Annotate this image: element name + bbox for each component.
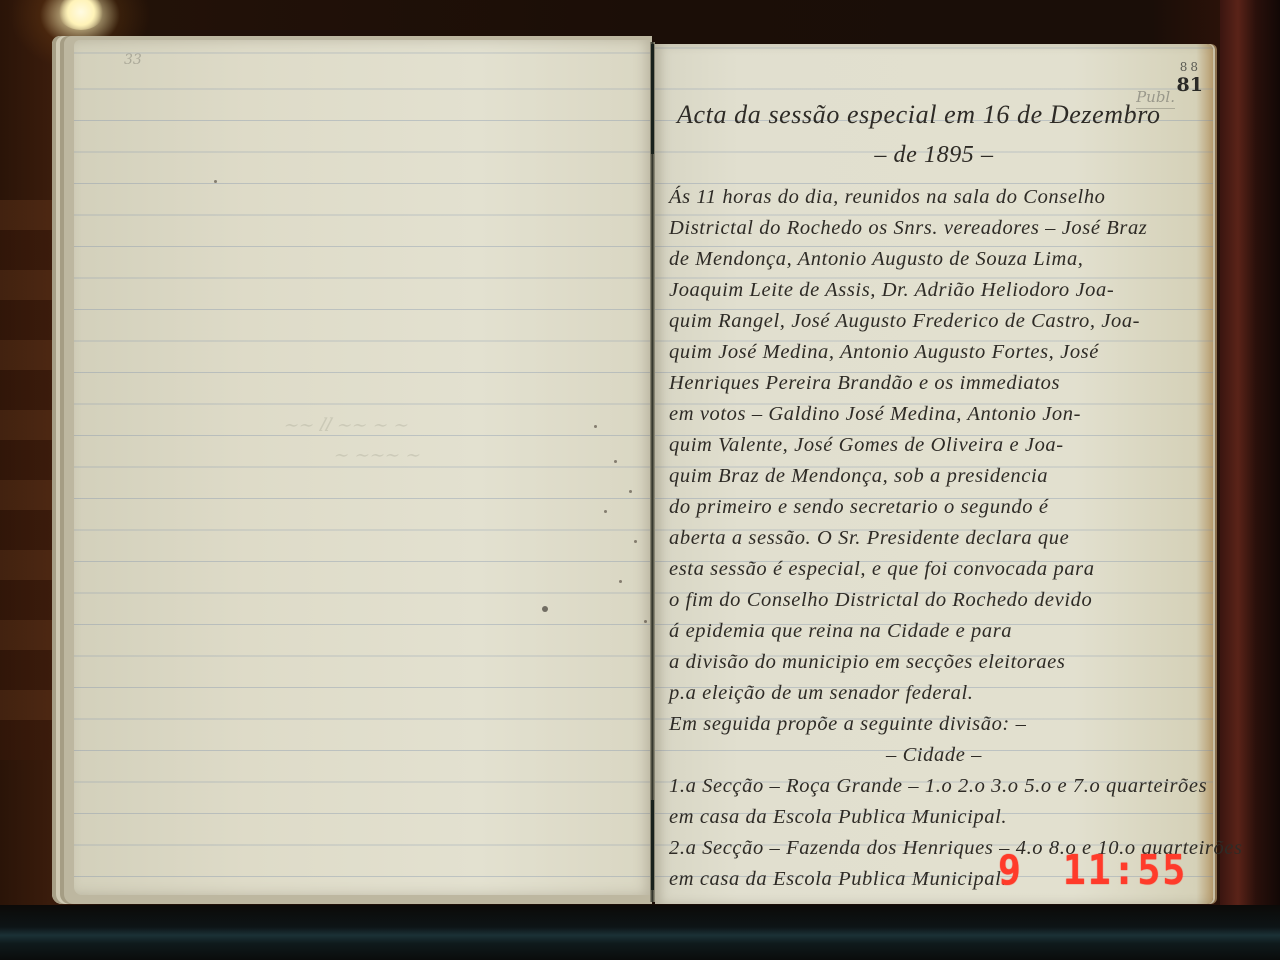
text-line: quim Valente, José Gomes de Oliveira e J… — [669, 434, 1201, 457]
right-page: 88 81 Publ. Acta da sessão especial em 1… — [655, 44, 1213, 904]
text-line: quim Rangel, José Augusto Frederico de C… — [669, 310, 1201, 333]
page-number: 81 — [1177, 74, 1203, 96]
background-rug-left — [0, 200, 55, 760]
camera-timestamp: 911:55 — [998, 846, 1187, 894]
binding-thread — [651, 44, 654, 154]
foxing-spot — [594, 425, 597, 428]
text-line: á epidemia que reina na Cidade e para — [669, 620, 1201, 643]
text-line: p.a eleição de um senador federal. — [669, 682, 1201, 705]
text-line: quim José Medina, Antonio Augusto Fortes… — [669, 341, 1201, 364]
text-line: Henriques Pereira Brandão e os immediato… — [669, 372, 1201, 395]
background-rug-right — [1220, 0, 1280, 960]
lamp-light-icon — [58, 0, 104, 30]
text-line: do primeiro e sendo secretario o segundo… — [669, 496, 1201, 519]
section-entry: em casa da Escola Publica Municipal. — [669, 806, 1201, 829]
section-entry: 1.a Secção – Roça Grande – 1.o 2.o 3.o 5… — [669, 775, 1201, 798]
text-line: esta sessão é especial, e que foi convoc… — [669, 558, 1201, 581]
session-title: Acta da sessão especial em 16 de Dezembr… — [677, 100, 1201, 130]
text-line: Ás 11 horas do dia, reunidos na sala do … — [669, 186, 1201, 209]
ink-bleed-through: ~~ ll ~~ ~ ~ — [281, 415, 413, 436]
text-line: a divisão do municipio em secções eleito… — [669, 651, 1201, 674]
foxing-spot — [614, 460, 617, 463]
timestamp-day: 9 — [998, 846, 1023, 894]
foxing-spot — [629, 490, 632, 493]
text-line: em votos – Galdino José Medina, Antonio … — [669, 403, 1201, 426]
text-line: de Mendonça, Antonio Augusto de Souza Li… — [669, 248, 1201, 271]
left-page: 33 ~~ ll ~~ ~ ~ ~ ~~~ ~ — [74, 40, 652, 895]
session-year: – de 1895 – — [655, 142, 1213, 169]
foxing-spot — [542, 606, 548, 612]
photo-scene: 33 ~~ ll ~~ ~ ~ ~ ~~~ ~ 88 81 Publ. Acta… — [0, 0, 1280, 960]
left-page-corner-mark: 33 — [124, 52, 142, 68]
previous-page-number: 88 — [1180, 60, 1201, 74]
foxing-spot — [644, 620, 647, 623]
foxing-spot — [619, 580, 622, 583]
foxing-spot — [604, 510, 607, 513]
timestamp-time: 11:55 — [1063, 846, 1187, 894]
text-line: aberta a sessão. O Sr. Presidente declar… — [669, 527, 1201, 550]
section-heading-cidade: – Cidade – — [655, 744, 1213, 767]
ink-bleed-through: ~ ~~~ ~ — [331, 445, 425, 466]
text-line: o fim do Conselho Districtal do Rochedo … — [669, 589, 1201, 612]
text-line: Joaquim Leite de Assis, Dr. Adrião Helio… — [669, 279, 1201, 302]
foxing-spot — [634, 540, 637, 543]
foxing-spot — [214, 180, 217, 183]
binding-thread — [651, 800, 654, 890]
text-line: quim Braz de Mendonça, sob a presidencia — [669, 465, 1201, 488]
text-line: Districtal do Rochedo os Snrs. vereadore… — [669, 217, 1201, 240]
open-ledger-book: 33 ~~ ll ~~ ~ ~ ~ ~~~ ~ 88 81 Publ. Acta… — [52, 30, 1227, 915]
text-line: Em seguida propõe a seguinte divisão: – — [669, 713, 1201, 736]
